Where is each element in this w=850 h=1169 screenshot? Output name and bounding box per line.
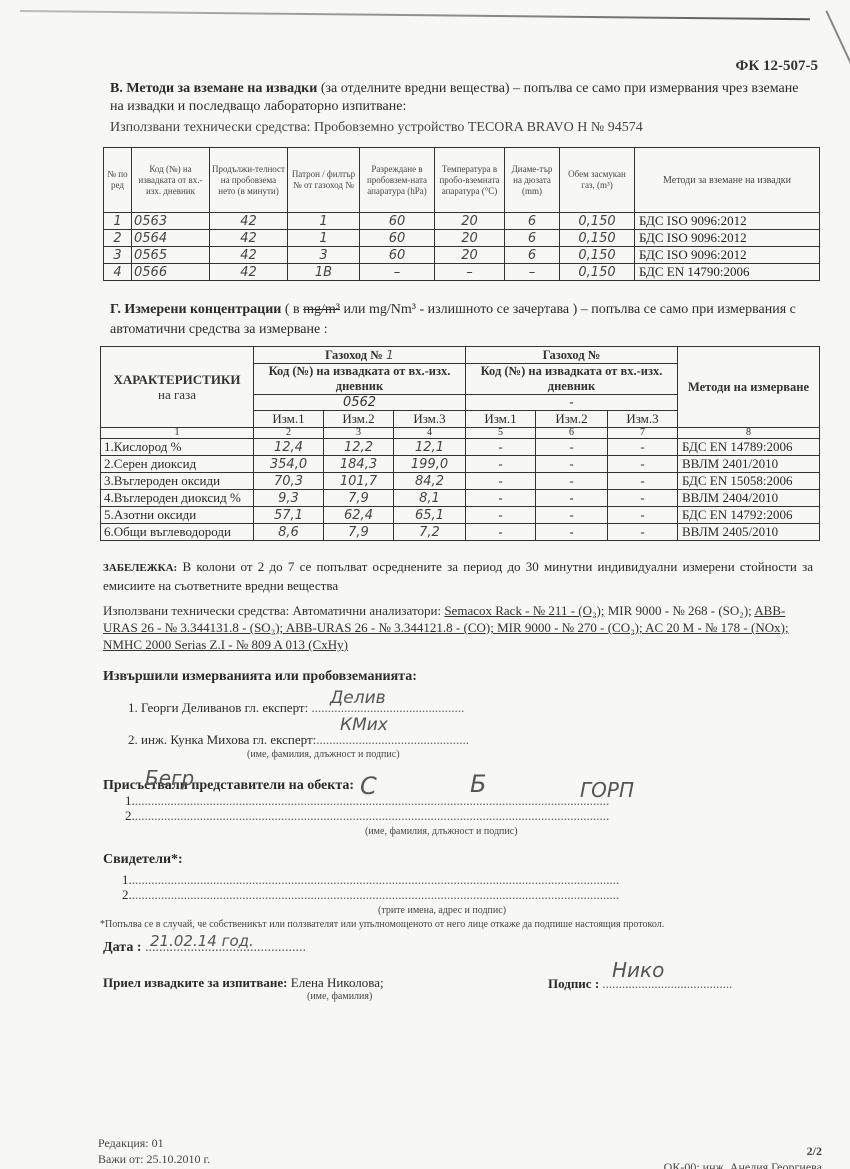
duct-2-value: - bbox=[536, 507, 608, 524]
cell-diameter: 6 bbox=[505, 213, 560, 230]
cell-filter: 1 bbox=[288, 213, 360, 230]
performer-2-label: 2. инж. Кунка Михова гл. експерт: bbox=[128, 732, 316, 747]
table-row: 3.Въглероден оксиди70,3101,784,2---БДС E… bbox=[101, 473, 820, 490]
col-header: Продължи-телност на пробовзема нето (в м… bbox=[210, 148, 288, 213]
characteristics-header: ХАРАКТЕРИСТИКИ на газа bbox=[101, 347, 254, 428]
note-text: В колони от 2 до 7 се попълват осреднени… bbox=[103, 559, 813, 593]
note: ЗАБЕЛЕЖКА: В колони от 2 до 7 се попълва… bbox=[103, 558, 813, 594]
table-row: 10563421602060,150БДС ISO 9096:2012 bbox=[104, 213, 820, 230]
struck-unit: mg/m³ bbox=[303, 302, 340, 317]
cell-method: БДС ISO 9096:2012 bbox=[635, 247, 820, 264]
duct-1-value: 7,9 bbox=[324, 490, 394, 507]
duct-2-value: - bbox=[466, 490, 536, 507]
table-row: 30565423602060,150БДС ISO 9096:2012 bbox=[104, 247, 820, 264]
duct-2-value: - bbox=[536, 490, 608, 507]
measurement-method: ВВЛМ 2404/2010 bbox=[678, 490, 820, 507]
cell-filter: 1 bbox=[288, 230, 360, 247]
performer-1: 1. Георги Деливанов гл. експерт: .......… bbox=[128, 700, 464, 716]
measurement-method: ВВЛМ 2405/2010 bbox=[678, 524, 820, 541]
duct-1-value: 354,0 bbox=[254, 456, 324, 473]
cell-volume: 0,150 bbox=[560, 264, 635, 281]
duct-2-value: - bbox=[608, 490, 678, 507]
analyzer-so2: MIR 9000 - № 268 - (SO₂); bbox=[604, 603, 754, 618]
cell-temp: 20 bbox=[435, 230, 505, 247]
scan-page-fold bbox=[825, 10, 850, 65]
duct-1-code-header: Код (№) на извадката от вх.-изх. дневник bbox=[254, 364, 466, 395]
cell-no: 2 bbox=[104, 230, 132, 247]
characteristic-name: 3.Въглероден оксиди bbox=[101, 473, 254, 490]
witnesses-caption: (трите имена, адрес и подпис) bbox=[378, 905, 506, 916]
cell-dilution: 60 bbox=[360, 230, 435, 247]
measurement-header: Изм.2 bbox=[536, 411, 608, 428]
characteristic-name: 4.Въглероден диоксид % bbox=[101, 490, 254, 507]
footer-right: 2/2 ОК-00: инж. Анелия Георгиева bbox=[664, 1143, 822, 1169]
signature-line: ........................................… bbox=[132, 887, 620, 902]
duct-1-value: 12,1 bbox=[394, 439, 466, 456]
representative-signature: Бегр bbox=[145, 766, 194, 790]
measurement-header: Изм.1 bbox=[254, 411, 324, 428]
characteristic-name: 1.Кислород % bbox=[101, 439, 254, 456]
cell-dilution: 60 bbox=[360, 247, 435, 264]
column-number: 7 bbox=[608, 428, 678, 439]
duct-1-value: 84,2 bbox=[394, 473, 466, 490]
witness-2: 2.......................................… bbox=[122, 887, 619, 903]
duct-1-value: 9,3 bbox=[254, 490, 324, 507]
performers-title: Извършили измерванията или пробовземания… bbox=[103, 669, 417, 685]
cell-dilution: 60 bbox=[360, 213, 435, 230]
representative-2: 2.......................................… bbox=[125, 808, 609, 824]
column-number: 2 bbox=[254, 428, 324, 439]
cell-duration: 42 bbox=[210, 230, 288, 247]
cell-temp: 20 bbox=[435, 213, 505, 230]
cell-method: БДС EN 14790:2006 bbox=[635, 264, 820, 281]
duct-2-value: - bbox=[466, 439, 536, 456]
measurement-header: Изм.1 bbox=[466, 411, 536, 428]
cell-temp: 20 bbox=[435, 247, 505, 264]
cell-method: БДС ISO 9096:2012 bbox=[635, 230, 820, 247]
duct-2-value: - bbox=[466, 524, 536, 541]
section-g-heading: Г. Измерени концентрации bbox=[110, 302, 281, 317]
page-number: 2/2 bbox=[807, 1144, 822, 1158]
duct-2-value: - bbox=[536, 524, 608, 541]
cell-volume: 0,150 bbox=[560, 247, 635, 264]
duct-1-value: 199,0 bbox=[394, 456, 466, 473]
cell-duration: 42 bbox=[210, 247, 288, 264]
signature-line: ........................................… bbox=[135, 808, 610, 823]
representative-signature: С bbox=[360, 772, 377, 800]
duct-1-value: 12,2 bbox=[324, 439, 394, 456]
section-g-title: Г. Измерени концентрации ( в mg/m³ или m… bbox=[110, 300, 815, 340]
table-row: 4.Въглероден диоксид %9,37,98,1---ВВЛМ 2… bbox=[101, 490, 820, 507]
representative-signature: ГОРП bbox=[580, 778, 634, 802]
column-number: 3 bbox=[324, 428, 394, 439]
measurement-header: Изм.3 bbox=[394, 411, 466, 428]
scan-page-edge bbox=[20, 10, 810, 20]
duct-2-value: - bbox=[608, 524, 678, 541]
cell-volume: 0,150 bbox=[560, 213, 635, 230]
analyzers: Използвани технически средства: Автомати… bbox=[103, 602, 813, 653]
cell-diameter: 6 bbox=[505, 230, 560, 247]
duct-2-value: - bbox=[536, 439, 608, 456]
representative-1-label: 1. bbox=[125, 793, 135, 808]
section-b-heading: В. Методи за вземане на извадки bbox=[110, 81, 317, 96]
duct-1-value: 7,2 bbox=[394, 524, 466, 541]
table-row: 2.Серен диоксид354,0184,3199,0---ВВЛМ 24… bbox=[101, 456, 820, 473]
col-header: № по ред bbox=[104, 148, 132, 213]
cell-code: 0564 bbox=[132, 230, 210, 247]
sign-label: Подпис : bbox=[548, 976, 602, 991]
date-value: 21.02.14 год. bbox=[150, 932, 254, 950]
concentrations-table: ХАРАКТЕРИСТИКИ на газа Газоход № 1 Газох… bbox=[100, 346, 820, 541]
performer-2-signature: КМих bbox=[340, 715, 388, 735]
column-number: 8 bbox=[678, 428, 820, 439]
duct-1-value: 62,4 bbox=[324, 507, 394, 524]
table-row: 6.Общи въглеводороди8,67,97,2---ВВЛМ 240… bbox=[101, 524, 820, 541]
cell-code: 0566 bbox=[132, 264, 210, 281]
performers-caption: (име, фамилия, длъжност и подпис) bbox=[247, 749, 400, 760]
representatives-caption: (име, фамилия, длъжност и подпис) bbox=[365, 826, 518, 837]
duct-1-value: 184,3 bbox=[324, 456, 394, 473]
cell-diameter: 6 bbox=[505, 247, 560, 264]
col-header: Диаме-тър на дюзата (mm) bbox=[505, 148, 560, 213]
column-number: 1 bbox=[101, 428, 254, 439]
measurement-header: Изм.3 bbox=[608, 411, 678, 428]
cell-temp: – bbox=[435, 264, 505, 281]
sampling-device: Използвани технически средства: Пробовзе… bbox=[110, 120, 643, 136]
witness-2-label: 2. bbox=[122, 887, 132, 902]
characteristics-subtitle: на газа bbox=[103, 387, 251, 402]
performer-1-signature: Делив bbox=[330, 688, 386, 708]
measurement-header: Изм.2 bbox=[324, 411, 394, 428]
performer-1-label: 1. Георги Деливанов гл. експерт: bbox=[128, 700, 311, 715]
footer-left: Редакция: 01 Важи от: 25.10.2010 г. bbox=[98, 1135, 210, 1167]
date-label: Дата : bbox=[103, 940, 145, 955]
duct-1-number: 1 bbox=[386, 347, 394, 362]
performer-2: 2. инж. Кунка Михова гл. експерт:.......… bbox=[128, 732, 469, 748]
column-number: 6 bbox=[536, 428, 608, 439]
representative-2-label: 2. bbox=[125, 808, 135, 823]
col-header: Разреждане в пробовзем-ната апаратура (h… bbox=[360, 148, 435, 213]
witnesses-title: Свидетели*: bbox=[103, 852, 183, 868]
duct-2-header: Газоход № bbox=[466, 347, 678, 364]
column-number: 5 bbox=[466, 428, 536, 439]
witnesses-footnote: *Попълва се в случай, че собственикът ил… bbox=[100, 919, 664, 930]
col-header: Температура в пробо-вземната апаратура (… bbox=[435, 148, 505, 213]
receiver-caption: (име, фамилия) bbox=[307, 991, 372, 1002]
cell-no: 3 bbox=[104, 247, 132, 264]
analyzer-o2: Semacox Rack - № 211 - (O₂); bbox=[444, 603, 604, 618]
table-row: 5.Азотни оксиди57,162,465,1---БДС EN 147… bbox=[101, 507, 820, 524]
duct-1-value: 57,1 bbox=[254, 507, 324, 524]
duct-2-code-header: Код (№) на извадката от вх.-изх. дневник bbox=[466, 364, 678, 395]
duct-2-value: - bbox=[608, 456, 678, 473]
duct-1-value: 65,1 bbox=[394, 507, 466, 524]
cell-method: БДС ISO 9096:2012 bbox=[635, 213, 820, 230]
col-header: Патрон / филтър № от газоход № bbox=[288, 148, 360, 213]
cell-filter: 1B bbox=[288, 264, 360, 281]
duct-2-value: - bbox=[608, 439, 678, 456]
witness-1-label: 1. bbox=[122, 872, 132, 887]
duct-1-value: 8,6 bbox=[254, 524, 324, 541]
signature-line: ........................................… bbox=[132, 872, 620, 887]
valid-from: Важи от: 25.10.2010 г. bbox=[98, 1151, 210, 1167]
table-row: 20564421602060,150БДС ISO 9096:2012 bbox=[104, 230, 820, 247]
table-row: 1.Кислород %12,412,212,1---БДС EN 14789:… bbox=[101, 439, 820, 456]
cell-filter: 3 bbox=[288, 247, 360, 264]
duct-2-value: - bbox=[466, 507, 536, 524]
receiver-signature: Нико bbox=[612, 958, 664, 982]
witness-1: 1.......................................… bbox=[122, 872, 619, 888]
duct-1-value: 12,4 bbox=[254, 439, 324, 456]
representatives-title: Присъствали представители на обекта: bbox=[103, 778, 354, 794]
receiver-name: Елена Николова; bbox=[291, 975, 384, 990]
cell-no: 1 bbox=[104, 213, 132, 230]
duct-1-value: 7,9 bbox=[324, 524, 394, 541]
duct-2-value: - bbox=[536, 473, 608, 490]
duct-2-value: - bbox=[466, 473, 536, 490]
analyzers-prefix: Използвани технически средства: Автомати… bbox=[103, 603, 444, 618]
note-label: ЗАБЕЛЕЖКА: bbox=[103, 562, 177, 574]
duct-1-value: 101,7 bbox=[324, 473, 394, 490]
duct-2-value: - bbox=[608, 473, 678, 490]
measurement-method: БДС EN 14792:2006 bbox=[678, 507, 820, 524]
measurement-method: БДС EN 14789:2006 bbox=[678, 439, 820, 456]
table-row: 40566421B–––0,150БДС EN 14790:2006 bbox=[104, 264, 820, 281]
duct-1-label: Газоход № bbox=[325, 348, 386, 362]
characteristic-name: 6.Общи въглеводороди bbox=[101, 524, 254, 541]
cell-dilution: – bbox=[360, 264, 435, 281]
duct-1-value: 8,1 bbox=[394, 490, 466, 507]
methods-header: Методи на измерване bbox=[678, 347, 820, 428]
cell-code: 0563 bbox=[132, 213, 210, 230]
duct-1-code: 0562 bbox=[254, 395, 466, 411]
characteristics-title: ХАРАКТЕРИСТИКИ bbox=[103, 372, 251, 387]
duct-2-code: - bbox=[466, 395, 678, 411]
column-number: 4 bbox=[394, 428, 466, 439]
duct-2-value: - bbox=[466, 456, 536, 473]
cell-diameter: – bbox=[505, 264, 560, 281]
measurement-method: БДС EN 15058:2006 bbox=[678, 473, 820, 490]
table-header-row: № по ред Код (№) на извадката от вх.-изх… bbox=[104, 148, 820, 213]
duct-1-header: Газоход № 1 bbox=[254, 347, 466, 364]
cell-duration: 42 bbox=[210, 213, 288, 230]
revision: Редакция: 01 bbox=[98, 1135, 210, 1151]
characteristic-name: 2.Серен диоксид bbox=[101, 456, 254, 473]
duct-1-value: 70,3 bbox=[254, 473, 324, 490]
document-owner: ОК-00: инж. Анелия Георгиева bbox=[664, 1159, 822, 1169]
cell-no: 4 bbox=[104, 264, 132, 281]
cell-duration: 42 bbox=[210, 264, 288, 281]
col-header: Методи за вземане на извадки bbox=[635, 148, 820, 213]
sampling-methods-table: № по ред Код (№) на извадката от вх.-изх… bbox=[103, 147, 820, 281]
duct-2-value: - bbox=[608, 507, 678, 524]
col-header: Обем засмукан газ, (m³) bbox=[560, 148, 635, 213]
form-code: ФК 12-507-5 bbox=[736, 58, 819, 75]
col-header: Код (№) на извадката от вх.-изх. дневник bbox=[132, 148, 210, 213]
duct-2-value: - bbox=[536, 456, 608, 473]
cell-volume: 0,150 bbox=[560, 230, 635, 247]
measurement-method: ВВЛМ 2401/2010 bbox=[678, 456, 820, 473]
characteristic-name: 5.Азотни оксиди bbox=[101, 507, 254, 524]
section-b-title: В. Методи за вземане на извадки (за отде… bbox=[110, 80, 815, 116]
cell-code: 0565 bbox=[132, 247, 210, 264]
section-g-text: ( в bbox=[281, 302, 303, 317]
representative-signature: Б bbox=[470, 770, 486, 798]
receiver-row: Приел извадките за изпитване: Елена Нико… bbox=[103, 975, 384, 991]
receiver-label: Приел извадките за изпитване: bbox=[103, 975, 291, 990]
